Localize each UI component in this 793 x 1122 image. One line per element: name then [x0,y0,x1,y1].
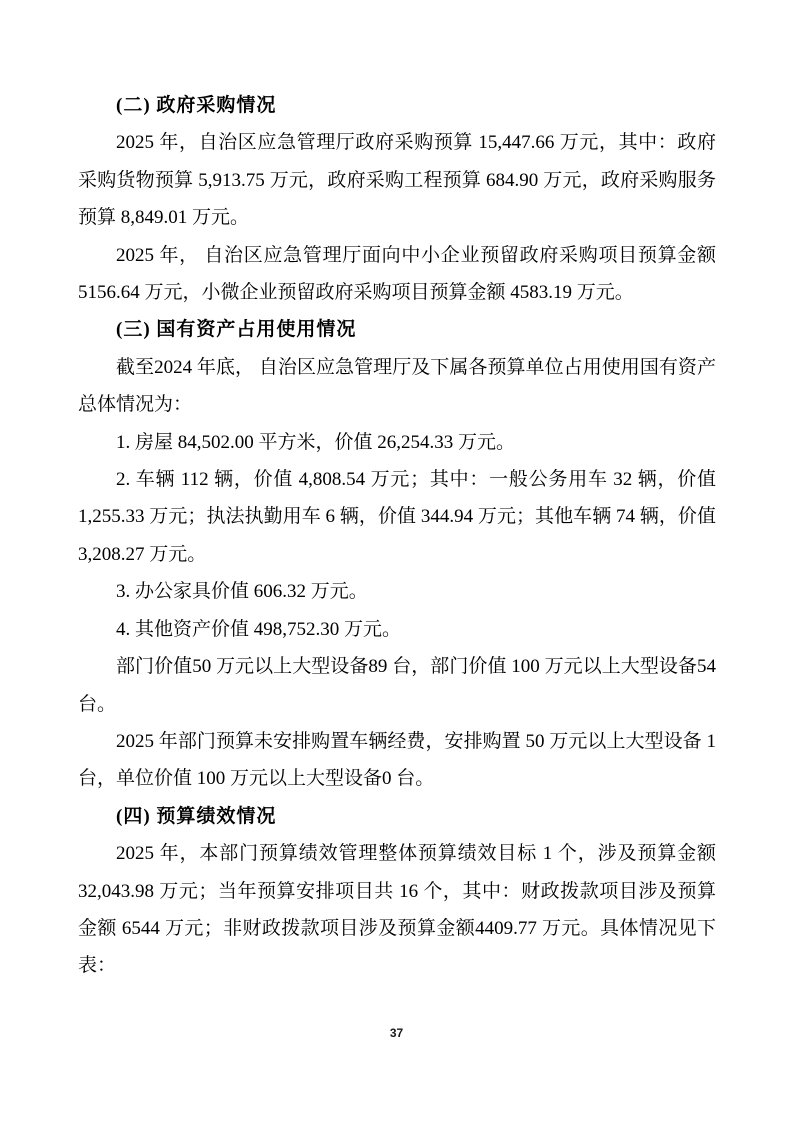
section-heading-procurement: (二) 政府采购情况 [78,87,716,124]
paragraph-procurement-budget: 2025 年，自治区应急管理厅政府采购预算 15,447.66 万元，其中：政府… [78,124,716,236]
document-content: (二) 政府采购情况 2025 年，自治区应急管理厅政府采购预算 15,447.… [78,87,716,985]
paragraph-sme-reserved-budget: 2025 年， 自治区应急管理厅面向中小企业预留政府采购项目预算金额 5156.… [78,237,716,312]
paragraph-performance-targets: 2025 年，本部门预算绩效管理整体预算绩效目标 1 个，涉及预算金额 32,0… [78,835,716,985]
section-heading-performance: (四) 预算绩效情况 [78,798,716,835]
paragraph-assets-housing: 1. 房屋 84,502.00 平方米，价值 26,254.33 万元。 [78,424,716,461]
section-heading-state-assets: (三) 国有资产占用使用情况 [78,311,716,348]
paragraph-assets-vehicles: 2. 车辆 112 辆，价值 4,808.54 万元；其中：一般公务用车 32 … [78,461,716,573]
paragraph-assets-other: 4. 其他资产价值 498,752.30 万元。 [78,611,716,648]
paragraph-large-equipment-counts: 部门价值50 万元以上大型设备89 台，部门价值 100 万元以上大型设备54 … [78,648,716,723]
paragraph-2025-purchase-plan: 2025 年部门预算未安排购置车辆经费，安排购置 50 万元以上大型设备 1 台… [78,723,716,798]
paragraph-assets-intro: 截至2024 年底， 自治区应急管理厅及下属各预算单位占用使用国有资产总体情况为… [78,349,716,424]
page-number: 37 [0,1026,793,1040]
document-page: (二) 政府采购情况 2025 年，自治区应急管理厅政府采购预算 15,447.… [0,0,793,1122]
paragraph-assets-furniture: 3. 办公家具价值 606.32 万元。 [78,573,716,610]
